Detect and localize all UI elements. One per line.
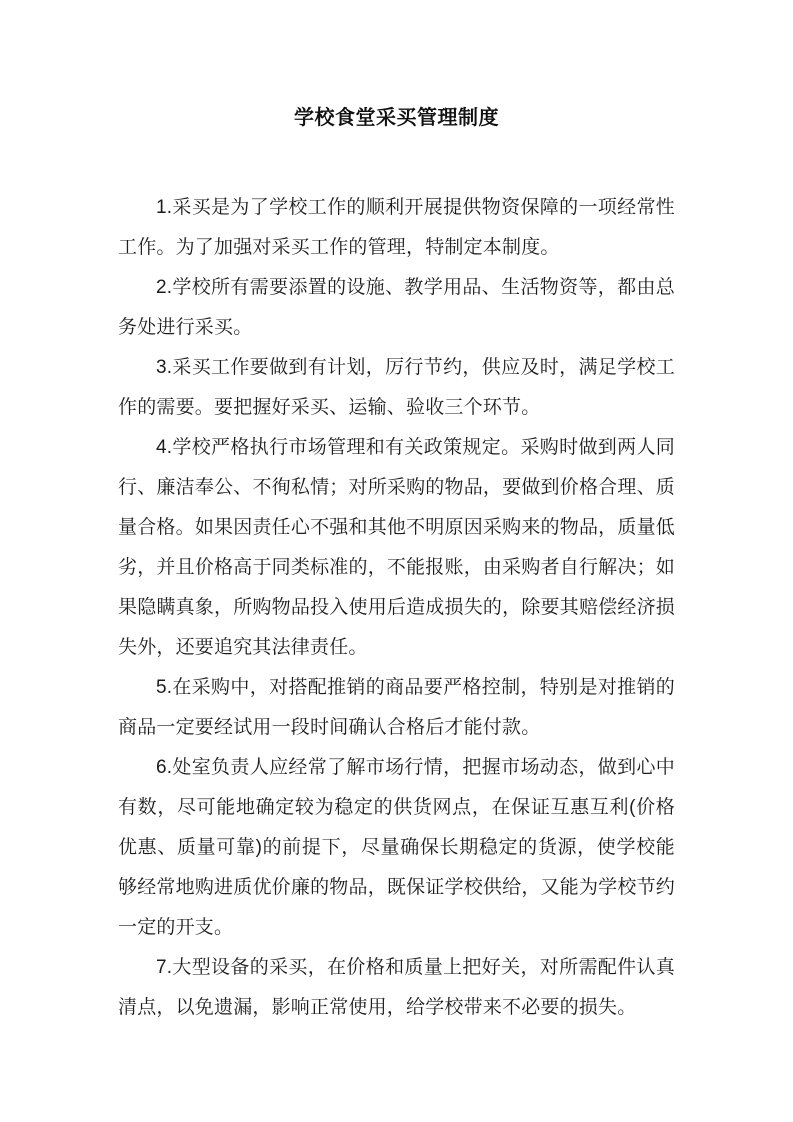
paragraph: 6.处室负责人应经常了解市场行情，把握市场动态，做到心中有数，尽可能地确定较为稳… xyxy=(118,748,675,948)
document-body: 1.采买是为了学校工作的顺利开展提供物资保障的一项经常性工作。为了加强对采买工作… xyxy=(118,188,675,1028)
paragraph: 7.大型设备的采买，在价格和质量上把好关，对所需配件认真清点，以免遗漏，影响正常… xyxy=(118,948,675,1028)
paragraph: 5.在采购中，对搭配推销的商品要严格控制，特别是对推销的商品一定要经试用一段时间… xyxy=(118,668,675,748)
paragraph: 2.学校所有需要添置的设施、教学用品、生活物资等，都由总务处进行采买。 xyxy=(118,268,675,348)
document-title: 学校食堂采买管理制度 xyxy=(118,98,675,138)
paragraph: 1.采买是为了学校工作的顺利开展提供物资保障的一项经常性工作。为了加强对采买工作… xyxy=(118,188,675,268)
paragraph: 3.采买工作要做到有计划，厉行节约，供应及时，满足学校工作的需要。要把握好采买、… xyxy=(118,348,675,428)
paragraph: 4.学校严格执行市场管理和有关政策规定。采购时做到两人同行、廉洁奉公、不徇私情；… xyxy=(118,428,675,668)
document-page: 学校食堂采买管理制度 1.采买是为了学校工作的顺利开展提供物资保障的一项经常性工… xyxy=(0,0,793,1122)
